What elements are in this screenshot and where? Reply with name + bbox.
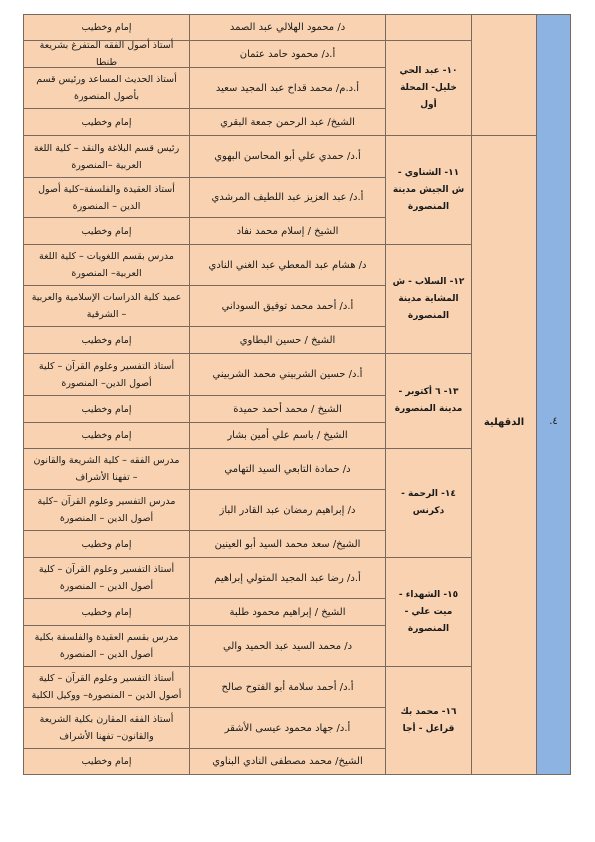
preacher-job: أستاذ أصول الفقه المتفرغ بشريعة طنطا [24,41,190,68]
mosque-cell-prev [386,15,472,41]
mosque-name: ١١- الشناوي - ش الجيش مدينة المنصورة [392,165,465,216]
preacher-name: الشيخ/ محمد مصطفى النادي البناوي [190,749,386,774]
preacher-job: أستاذ الحديث المساعد ورئيس قسم بأصول الم… [24,68,190,109]
mosque-cell: ١١- الشناوي - ش الجيش مدينة المنصورة [386,136,472,245]
mosque-name: ١٣- ٦ أكتوبر - مدينة المنصورة [392,384,465,418]
mosque-cell: ١٤- الرحمة - دكرنس [386,449,472,558]
preacher-name: الشيخ/ عبد الرحمن جمعة البقري [190,109,386,136]
preacher-name: أ.د/ عبد العزيز عبد اللطيف المرشدي [190,178,386,218]
preacher-name: أ.د/ حسين الشربيني محمد الشربيني [190,354,386,396]
preacher-job: رئيس قسم البلاغة والنقد – كلية اللغة الع… [24,136,190,178]
preacher-name: أ.د/ أحمد سلامة أبو الفتوح صالح [190,667,386,708]
row-number: ٤. [549,416,558,427]
preacher-name: الشيخ/ سعد محمد السيد أبو العينين [190,531,386,558]
preacher-job: أستاذ التفسير وعلوم القرآن – كلية أصول ا… [24,354,190,396]
preacher-job: أستاذ الفقه المقارن بكلية الشريعة والقان… [24,708,190,749]
preacher-name: د/ إبراهيم رمضان عبد القادر الباز [190,490,386,531]
preacher-job: مدرس التفسير وعلوم القرآن –كلية أصول الد… [24,490,190,531]
preacher-name: الشيخ / باسم علي أمين بشار [190,423,386,449]
mosque-cell: ١٥- الشهداء - ميت علي - المنصورة [386,558,472,667]
preacher-name: أ.د/ محمود حامد عثمان [190,41,386,68]
preacher-name: أ.د/ جهاد محمود عيسى الأشقر [190,708,386,749]
mosque-name: ١٠- عبد الحي خليل- المحلة أول [392,63,465,114]
governorate-cell: الدقهلية [472,136,537,774]
preacher-name: أ.د.م/ محمد قداح عبد المجيد سعيد [190,68,386,109]
preacher-name: د/ محمد السيد عبد الحميد والي [190,626,386,667]
mosque-cell: ١٣- ٦ أكتوبر - مدينة المنصورة [386,354,472,449]
preacher-job: عميد كلية الدراسات الإسلامية والعربية – … [24,286,190,327]
mosque-name: ١٤- الرحمة - دكرنس [392,486,465,520]
preacher-job: أستاذ التفسير وعلوم القرآن – كلية أصول ا… [24,667,190,708]
preacher-name: أ.د/ أحمد محمد توفيق السوداني [190,286,386,327]
preacher-job: إمام وخطيب [24,423,190,449]
preacher-name: أ.د/ رضا عبد المجيد المتولي إبراهيم [190,558,386,599]
row-number-cell: ٤. [537,15,570,774]
preacher-name: الشيخ / إبراهيم محمود طلبة [190,599,386,626]
preacher-name: د/ محمود الهلالي عبد الصمد [190,15,386,41]
preacher-job: إمام وخطيب [24,218,190,245]
mosque-name: ١٥- الشهداء - ميت علي - المنصورة [392,587,465,638]
mosque-cell: ١٦- محمد بك قراعل - أجا [386,667,472,774]
preacher-job: مدرس بقسم اللغويات – كلية اللغة العربية–… [24,245,190,286]
preacher-name: الشيخ / إسلام محمد نفاد [190,218,386,245]
mosque-cell: ١٢- السلاب - ش المشاية مدينة المنصورة [386,245,472,354]
mosque-cell: ١٠- عبد الحي خليل- المحلة أول [386,41,472,136]
preacher-name: الشيخ / حسين البطاوي [190,327,386,354]
mosque-name: ١٢- السلاب - ش المشاية مدينة المنصورة [392,274,465,325]
preacher-name: د/ حمادة التابعي السيد التهامي [190,449,386,490]
preacher-job: إمام وخطيب [24,531,190,558]
preacher-job: إمام وخطيب [24,109,190,136]
preachers-table: ٤. الدقهلية د/ محمود الهلالي عبد الصمد إ… [23,14,571,775]
preacher-job: مدرس بقسم العقيدة والفلسفة بكلية أصول ال… [24,626,190,667]
preacher-job: إمام وخطيب [24,599,190,626]
governorate-name: الدقهلية [484,417,524,428]
preacher-job: إمام وخطيب [24,396,190,423]
preacher-name: الشيخ / محمد أحمد حميدة [190,396,386,423]
preacher-name: أ.د/ حمدي علي أبو المحاسن البهوي [190,136,386,178]
preacher-job: مدرس الفقه – كلية الشريعة والقانون – تفه… [24,449,190,490]
preacher-job: إمام وخطيب [24,327,190,354]
preacher-name: د/ هشام عبد المعطي عبد الغني النادي [190,245,386,286]
governorate-cell-prev [472,15,537,136]
mosque-name: ١٦- محمد بك قراعل - أجا [392,704,465,738]
preacher-job: إمام وخطيب [24,749,190,774]
preacher-job: أستاذ التفسير وعلوم القرآن – كلية أصول ا… [24,558,190,599]
preacher-job: أستاذ العقيدة والفلسفة–كلية أصول الدين –… [24,178,190,218]
